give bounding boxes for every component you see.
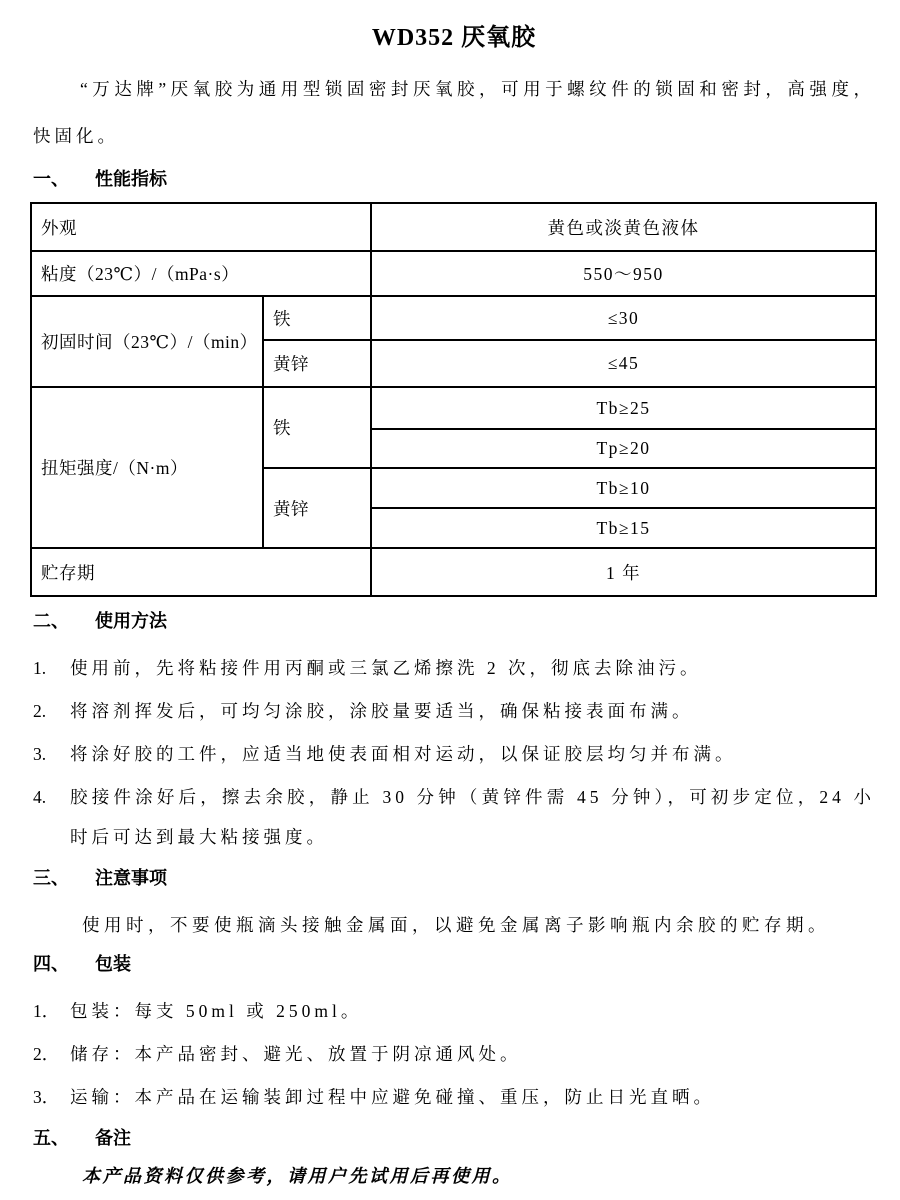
spec-table: 外观 黄色或淡黄色液体 粘度（23℃）/（mPa·s） 550～950 初固时间… (30, 202, 877, 597)
packaging-list: 1． 包装：每支 50ml 或 250ml。 2． 储存：本产品密封、避光、放置… (33, 991, 875, 1117)
table-row: 外观 黄色或淡黄色液体 (31, 203, 876, 251)
spec-appearance-label: 外观 (31, 203, 371, 251)
spec-torque-iron-tb: Tb≥25 (371, 387, 876, 429)
spec-viscosity-value: 550～950 (371, 251, 876, 296)
table-row: 粘度（23℃）/（mPa·s） 550～950 (31, 251, 876, 296)
packaging-item-1: 1． 包装：每支 50ml 或 250ml。 (33, 991, 875, 1031)
section-number: 三、 (33, 865, 95, 891)
section-heading-performance: 一、 性能指标 (33, 166, 875, 192)
spec-torque-iron-label: 铁 (263, 387, 371, 468)
list-text: 储存：本产品密封、避光、放置于阴凉通风处。 (70, 1034, 875, 1074)
list-text: 运输：本产品在运输装卸过程中应避免碰撞、重压，防止日光直晒。 (70, 1077, 875, 1117)
packaging-item-2: 2． 储存：本产品密封、避光、放置于阴凉通风处。 (33, 1034, 875, 1074)
spec-shelf-life-label: 贮存期 (31, 548, 371, 596)
spec-cure-brass-value: ≤45 (371, 340, 876, 387)
list-number: 4. (33, 777, 70, 817)
spec-appearance-value: 黄色或淡黄色液体 (371, 203, 876, 251)
usage-step-2: 2. 将溶剂挥发后，可均匀涂胶，涂胶量要适当，确保粘接表面布满。 (33, 691, 875, 731)
table-row: 初固时间（23℃）/（min） 铁 ≤30 (31, 296, 876, 340)
spec-cure-iron-label: 铁 (263, 296, 371, 340)
spec-cure-time-label: 初固时间（23℃）/（min） (31, 296, 263, 387)
section-title: 备注 (95, 1125, 131, 1151)
spec-torque-brass-tb2: Tb≥15 (371, 508, 876, 548)
spec-torque-brass-tb1: Tb≥10 (371, 468, 876, 508)
section-number: 五、 (33, 1125, 95, 1151)
document-page: WD352 厌氧胶 “万达牌”厌氧胶为通用型锁固密封厌氧胶，可用于螺纹件的锁固和… (0, 0, 900, 1189)
list-number: 1. (33, 648, 70, 688)
section-title: 使用方法 (95, 608, 167, 634)
spec-torque-brass-label: 黄锌 (263, 468, 371, 548)
spec-viscosity-label: 粘度（23℃）/（mPa·s） (31, 251, 371, 296)
list-number: 3． (33, 1077, 70, 1117)
list-number: 3. (33, 734, 70, 774)
list-number: 1． (33, 991, 70, 1031)
section-title: 性能指标 (95, 166, 167, 192)
list-number: 2． (33, 1034, 70, 1074)
packaging-item-3: 3． 运输：本产品在运输装卸过程中应避免碰撞、重压，防止日光直晒。 (33, 1077, 875, 1117)
section-title: 注意事项 (95, 865, 167, 891)
section-heading-packaging: 四、 包装 (33, 951, 875, 977)
section-number: 四、 (33, 951, 95, 977)
list-text: 包装：每支 50ml 或 250ml。 (70, 991, 875, 1031)
list-text: 胶接件涂好后，擦去余胶，静止 30 分钟（黄锌件需 45 分钟），可初步定位，2… (70, 777, 875, 857)
spec-cure-brass-label: 黄锌 (263, 340, 371, 387)
spec-torque-label: 扭矩强度/（N·m） (31, 387, 263, 548)
section-heading-remark: 五、 备注 (33, 1125, 875, 1151)
section-number: 二、 (33, 608, 95, 634)
section-heading-caution: 三、 注意事项 (33, 865, 875, 891)
section-number: 一、 (33, 166, 95, 192)
intro-paragraph: “万达牌”厌氧胶为通用型锁固密封厌氧胶，可用于螺纹件的锁固和密封，高强度，快固化… (33, 66, 875, 160)
usage-step-1: 1. 使用前，先将粘接件用丙酮或三氯乙烯擦洗 2 次，彻底去除油污。 (33, 648, 875, 688)
spec-torque-iron-tp: Tp≥20 (371, 429, 876, 468)
spec-cure-iron-value: ≤30 (371, 296, 876, 340)
spec-shelf-life-value: 1 年 (371, 548, 876, 596)
section-heading-usage: 二、 使用方法 (33, 608, 875, 634)
caution-paragraph: 使用时，不要使瓶滴头接触金属面，以避免金属离子影响瓶内余胶的贮存期。 (33, 905, 875, 945)
usage-list: 1. 使用前，先将粘接件用丙酮或三氯乙烯擦洗 2 次，彻底去除油污。 2. 将溶… (33, 648, 875, 857)
section-title: 包装 (95, 951, 131, 977)
list-text: 将溶剂挥发后，可均匀涂胶，涂胶量要适当，确保粘接表面布满。 (70, 691, 875, 731)
list-number: 2. (33, 691, 70, 731)
table-row: 贮存期 1 年 (31, 548, 876, 596)
remark-paragraph: 本产品资料仅供参考，请用户先试用后再使用。 (33, 1163, 875, 1189)
table-row: 扭矩强度/（N·m） 铁 Tb≥25 (31, 387, 876, 429)
doc-title: WD352 厌氧胶 (33, 22, 875, 54)
list-text: 使用前，先将粘接件用丙酮或三氯乙烯擦洗 2 次，彻底去除油污。 (70, 648, 875, 688)
list-text: 将涂好胶的工件，应适当地使表面相对运动，以保证胶层均匀并布满。 (70, 734, 875, 774)
usage-step-3: 3. 将涂好胶的工件，应适当地使表面相对运动，以保证胶层均匀并布满。 (33, 734, 875, 774)
usage-step-4: 4. 胶接件涂好后，擦去余胶，静止 30 分钟（黄锌件需 45 分钟），可初步定… (33, 777, 875, 857)
